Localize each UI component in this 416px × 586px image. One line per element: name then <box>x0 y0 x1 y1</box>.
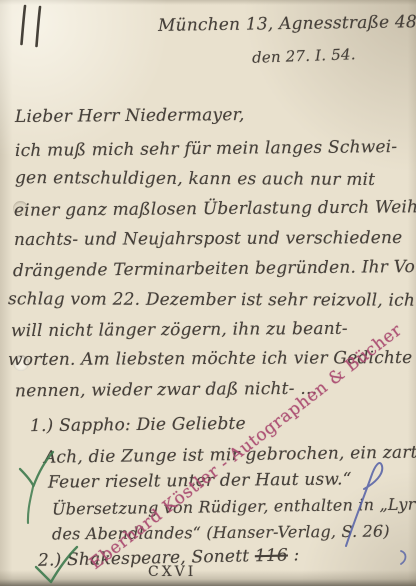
tally-stroke-icon <box>22 6 26 44</box>
green-check-tail-icon <box>28 487 33 523</box>
annotation-marks-layer <box>0 0 416 586</box>
green-check-icon <box>20 452 53 486</box>
letter-page: München 13, Agnesstraße 48, den 27. I. 5… <box>0 0 416 586</box>
tally-stroke-icon <box>37 7 41 46</box>
green-check-icon <box>36 547 77 582</box>
blue-pen-flourish-icon <box>346 463 382 546</box>
blue-pen-tick-icon <box>401 551 406 564</box>
